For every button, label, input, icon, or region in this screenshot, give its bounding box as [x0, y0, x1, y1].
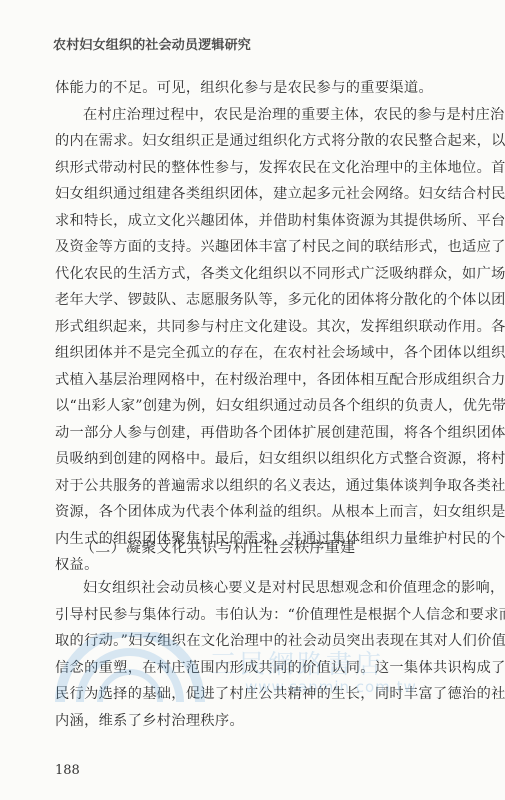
- text-line: 妇女组织通过组建各类组织团体，建立起多元社会网络。妇女结合村民需: [55, 181, 458, 208]
- text-line: 形式组织起来，共同参与村庄文化建设。其次，发挥组织联动作用。各个: [55, 314, 458, 341]
- text-line: 员吸纳到创建的网格中。最后，妇女组织以组织化方式整合资源，将村民: [55, 446, 458, 473]
- text-line: 在村庄治理过程中，农民是治理的重要主体，农民的参与是村庄治理: [55, 102, 458, 129]
- body-text-section-1: 体能力的不足。可见，组织化参与是农民参与的重要渠道。 在村庄治理过程中，农民是治…: [55, 75, 458, 579]
- text-line: 引导村民参与集体行动。韦伯认为：“价值理性是根据个人信念和要求而采: [55, 602, 458, 629]
- watermark-text: 三民網路書店: [210, 644, 384, 681]
- section-heading: （二）凝聚文化共识与村庄社会秩序重建: [80, 536, 355, 557]
- text-line: 求和特长，成立文化兴趣团体，并借助村集体资源为其提供场所、平台以: [55, 208, 458, 235]
- text-line: 组织团体并不是完全孤立的存在，在农村社会场域中，各个团体以组织形: [55, 340, 458, 367]
- text-line: 内涵，维系了乡村治理秩序。: [55, 708, 458, 735]
- text-line: 代化农民的生活方式，各类文化组织以不同形式广泛吸纳群众，如广场舞、: [55, 261, 458, 288]
- text-line: 对于公共服务的普遍需求以组织的名义表达，通过集体谈判争取各类社会: [55, 473, 458, 500]
- page-number: 188: [55, 763, 80, 778]
- text-line: 织形式带动村民的整体性参与，发挥农民在文化治理中的主体地位。首先，: [55, 155, 458, 182]
- text-line: 及资金等方面的支持。兴趣团体丰富了村民之间的联结形式，也适应了现: [55, 234, 458, 261]
- running-head-title: 农村妇女组织的社会动员逻辑研究: [53, 34, 251, 53]
- text-line: 体能力的不足。可见，组织化参与是农民参与的重要渠道。: [55, 75, 458, 102]
- text-line: 老年大学、锣鼓队、志愿服务队等，多元化的团体将分散化的个体以团体: [55, 287, 458, 314]
- text-line: 动一部分人参与创建，再借助各个团体扩展创建范围，将各个组织团体成: [55, 420, 458, 447]
- watermark-url: www.sanmin.com.tw: [245, 678, 417, 696]
- text-line: 的内在需求。妇女组织正是通过组织化方式将分散的农民整合起来，以组: [55, 128, 458, 155]
- text-line: 妇女组织社会动员核心要义是对村民思想观念和价值理念的影响，以: [55, 575, 458, 602]
- text-line: 式植入基层治理网格中，在村级治理中，各团体相互配合形成组织合力。: [55, 367, 458, 394]
- book-page: 农村妇女组织的社会动员逻辑研究 体能力的不足。可见，组织化参与是农民参与的重要渠…: [0, 0, 505, 800]
- text-line: 资源，各个团体成为代表个体利益的组织。从根本上而言，妇女组织是以: [55, 499, 458, 526]
- text-line: 以“出彩人家”创建为例，妇女组织通过动员各个组织的负责人，优先带: [55, 393, 458, 420]
